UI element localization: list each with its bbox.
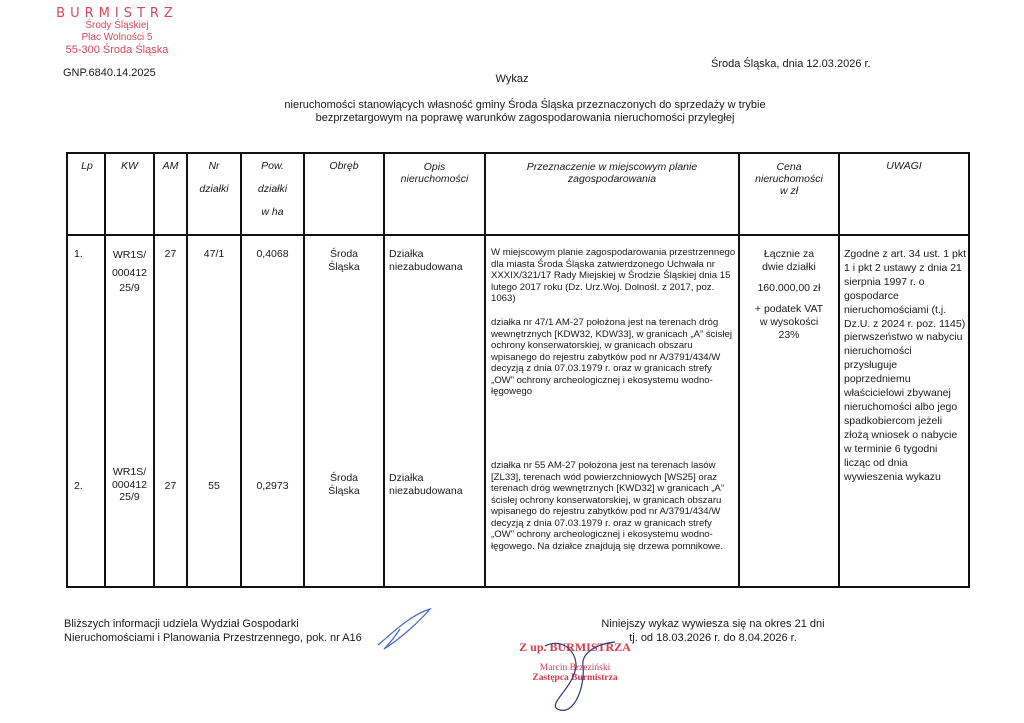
column-divider: [104, 154, 106, 586]
document-subtitle: nieruchomości stanowiących własność gmin…: [250, 99, 800, 125]
place-date: Środa Śląska, dnia 12.03.2026 r.: [711, 58, 871, 70]
column-divider: [153, 154, 155, 586]
column-divider: [484, 154, 486, 586]
row1-nr: 47/1: [188, 248, 240, 261]
row2-kw: WR1S/ 000412 25/9: [106, 466, 153, 504]
row2-lp: 2.: [74, 480, 83, 493]
row1-am: 27: [155, 248, 186, 261]
column-divider: [738, 154, 740, 586]
header-uwagi: UWAGI: [840, 158, 968, 175]
stamp-line-1: Środy Śląskiej: [52, 20, 182, 32]
column-divider: [383, 154, 385, 586]
row2-opis: Działka niezabudowana: [389, 472, 484, 497]
column-divider: [303, 154, 305, 586]
header-area: Pow. działki w ha: [242, 158, 303, 221]
subtitle-line-1: nieruchomości stanowiących własność gmin…: [250, 99, 800, 112]
header-nr-dzialki: Nr działki: [188, 158, 240, 198]
header-divider: [68, 234, 968, 236]
row1-area: 0,4068: [242, 248, 303, 261]
contact-info: Bliższych informacji udziela Wydział Gos…: [64, 617, 362, 645]
header-przeznaczenie: Przeznaczenie w miejscowym planie zagosp…: [486, 161, 738, 185]
property-table: Lp KW AM Nr działki Pow. działki w ha Ob…: [66, 152, 970, 588]
header-cena: Cena nieruchomości w zł: [740, 161, 838, 197]
column-divider: [186, 154, 188, 586]
stamp-title: BURMISTRZ: [52, 8, 182, 20]
row2-obreb: Środa Śląska: [305, 472, 383, 497]
row2-am: 27: [155, 480, 186, 493]
row2-plan-designation: działka nr 55 AM-27 położona jest na ter…: [491, 460, 736, 552]
stamp-line-3: 55-300 Środa Śląska: [52, 44, 182, 56]
row1-plan-intro: W miejscowym planie zagospodarowania prz…: [491, 247, 736, 305]
header-lp: Lp: [70, 158, 104, 175]
row1-lp: 1.: [74, 248, 83, 261]
price-amount: 160.000,00 zł: [740, 282, 838, 295]
row1-plan-designation: działka nr 47/1 AM-27 położona jest na t…: [491, 317, 736, 398]
column-divider: [838, 154, 840, 586]
row1-obreb: Środa Śląska: [305, 248, 383, 273]
header-kw: KW: [106, 158, 153, 175]
document-title: Wykaz: [0, 73, 1024, 85]
header-am: AM: [155, 158, 186, 175]
row2-area: 0,2973: [242, 480, 303, 493]
deputy-mayor-stamp: Z up. BURMISTRZA Marcin Brzeziński Zastę…: [505, 640, 645, 683]
subtitle-line-2: bezprzetargowym na poprawę warunków zago…: [250, 112, 800, 125]
price-cell: Łącznie za dwie działki 160.000,00 zł + …: [740, 248, 838, 342]
remarks-cell: Zgodne z art. 34 ust. 1 pkt 1 i pkt 2 us…: [844, 248, 966, 484]
row1-kw: WR1S/ 000412 25/9: [106, 248, 153, 296]
header-obreb: Obręb: [305, 158, 383, 175]
row2-nr: 55: [188, 480, 240, 493]
row1-opis: Działka niezabudowana: [389, 248, 484, 273]
mayor-stamp: BURMISTRZ Środy Śląskiej Plac Wolności 5…: [52, 8, 182, 56]
initials-signature-icon: [370, 605, 440, 655]
header-opis: Opis nieruchomości: [385, 161, 484, 185]
stamp-line-2: Plac Wolności 5: [52, 32, 182, 44]
